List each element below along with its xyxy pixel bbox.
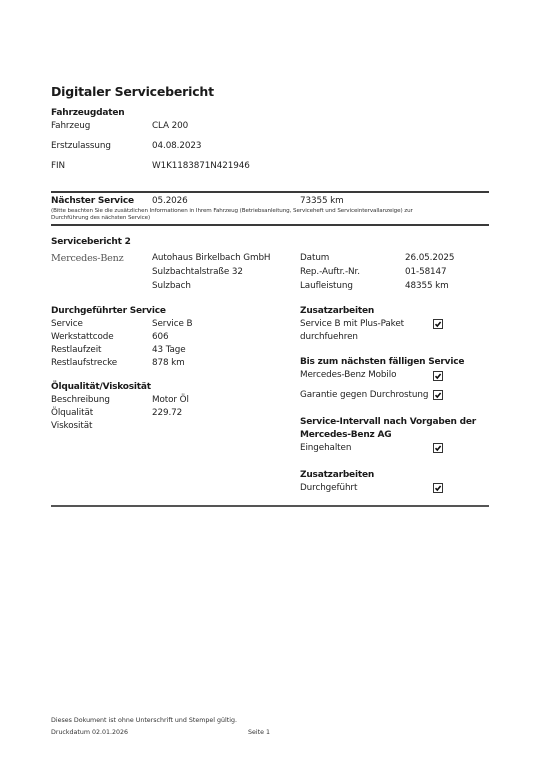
- divider-top: [51, 191, 489, 193]
- additional-work-heading: Zusatzarbeiten: [300, 306, 374, 316]
- repair-order-value: 01-58147: [405, 267, 447, 277]
- dealer-street: Sulzbachtalstraße 32: [152, 267, 243, 277]
- document-title: Digitaler Servicebericht: [51, 84, 214, 99]
- oil-description-value: Motor Öl: [152, 395, 189, 405]
- validity-note: Dieses Dokument ist ohne Unterschrift un…: [51, 717, 237, 724]
- vehicle-value: CLA 200: [152, 121, 188, 131]
- next-service-mileage: 73355 km: [300, 196, 344, 206]
- performed-service-heading: Durchgeführter Service: [51, 306, 166, 316]
- oil-heading: Ölqualität/Viskosität: [51, 382, 151, 392]
- rust-warranty-checkbox: [433, 390, 443, 400]
- remaining-distance-label: Restlaufstrecke: [51, 358, 117, 368]
- print-date: Druckdatum 02.01.2026: [51, 729, 128, 736]
- vehicle-heading: Fahrzeugdaten: [51, 108, 124, 118]
- oil-description-label: Beschreibung: [51, 395, 110, 405]
- vehicle-label: Fahrzeug: [51, 121, 90, 131]
- repair-order-label: Rep.-Auftr.-Nr.: [300, 267, 360, 277]
- workshop-code-label: Werkstattcode: [51, 332, 114, 342]
- next-service-label: Nächster Service: [51, 196, 134, 206]
- dealer-city: Sulzbach: [152, 281, 191, 291]
- checkmark-icon: [434, 444, 442, 452]
- first-registration-label: Erstzulassung: [51, 141, 111, 151]
- additional-work-2-item: Durchgeführt: [300, 483, 357, 493]
- next-service-date: 05.2026: [152, 196, 188, 206]
- mercedes-benz-logo: Mercedes-Benz: [51, 253, 123, 264]
- rust-warranty-label: Garantie gegen Durchrostung: [300, 390, 428, 400]
- additional-work-item-line2: durchfuehren: [300, 332, 358, 342]
- mileage-label: Laufleistung: [300, 281, 353, 291]
- checkmark-icon: [434, 484, 442, 492]
- dealer-name: Autohaus Birkelbach GmbH: [152, 253, 270, 263]
- additional-work-2-checkbox: [433, 483, 443, 493]
- oil-quality-label: Ölqualität: [51, 408, 93, 418]
- service-value: Service B: [152, 319, 192, 329]
- mobilo-label: Mercedes-Benz Mobilo: [300, 370, 396, 380]
- divider-next-service: [51, 224, 489, 226]
- until-next-heading: Bis zum nächsten fälligen Service: [300, 357, 464, 367]
- date-label: Datum: [300, 253, 329, 263]
- date-value: 26.05.2025: [405, 253, 454, 263]
- interval-checkbox: [433, 443, 443, 453]
- checkmark-icon: [434, 391, 442, 399]
- remaining-time-value: 43 Tage: [152, 345, 186, 355]
- service-label: Service: [51, 319, 83, 329]
- mileage-value: 48355 km: [405, 281, 449, 291]
- remaining-time-label: Restlaufzeit: [51, 345, 101, 355]
- additional-work-item-line1: Service B mit Plus-Paket: [300, 319, 404, 329]
- interval-item: Eingehalten: [300, 443, 351, 453]
- next-service-note-2: Durchführung des nächsten Service): [51, 215, 150, 221]
- oil-quality-value: 229.72: [152, 408, 182, 418]
- interval-heading-line2: Mercedes-Benz AG: [300, 430, 391, 440]
- workshop-code-value: 606: [152, 332, 169, 342]
- checkmark-icon: [434, 320, 442, 328]
- remaining-distance-value: 878 km: [152, 358, 185, 368]
- first-registration-value: 04.08.2023: [152, 141, 201, 151]
- vin-label: FIN: [51, 161, 65, 171]
- interval-heading-line1: Service-Intervall nach Vorgaben der: [300, 417, 476, 427]
- mobilo-checkbox: [433, 371, 443, 381]
- vin-value: W1K1183871N421946: [152, 161, 250, 171]
- additional-work-checkbox: [433, 319, 443, 329]
- report-heading: Servicebericht 2: [51, 237, 131, 247]
- divider-bottom: [51, 505, 489, 507]
- page-number: Seite 1: [248, 729, 270, 736]
- additional-work-2-heading: Zusatzarbeiten: [300, 470, 374, 480]
- next-service-note-1: (Bitte beachten Sie die zusätzlichen Inf…: [51, 208, 413, 214]
- checkmark-icon: [434, 372, 442, 380]
- viscosity-label: Viskosität: [51, 421, 92, 431]
